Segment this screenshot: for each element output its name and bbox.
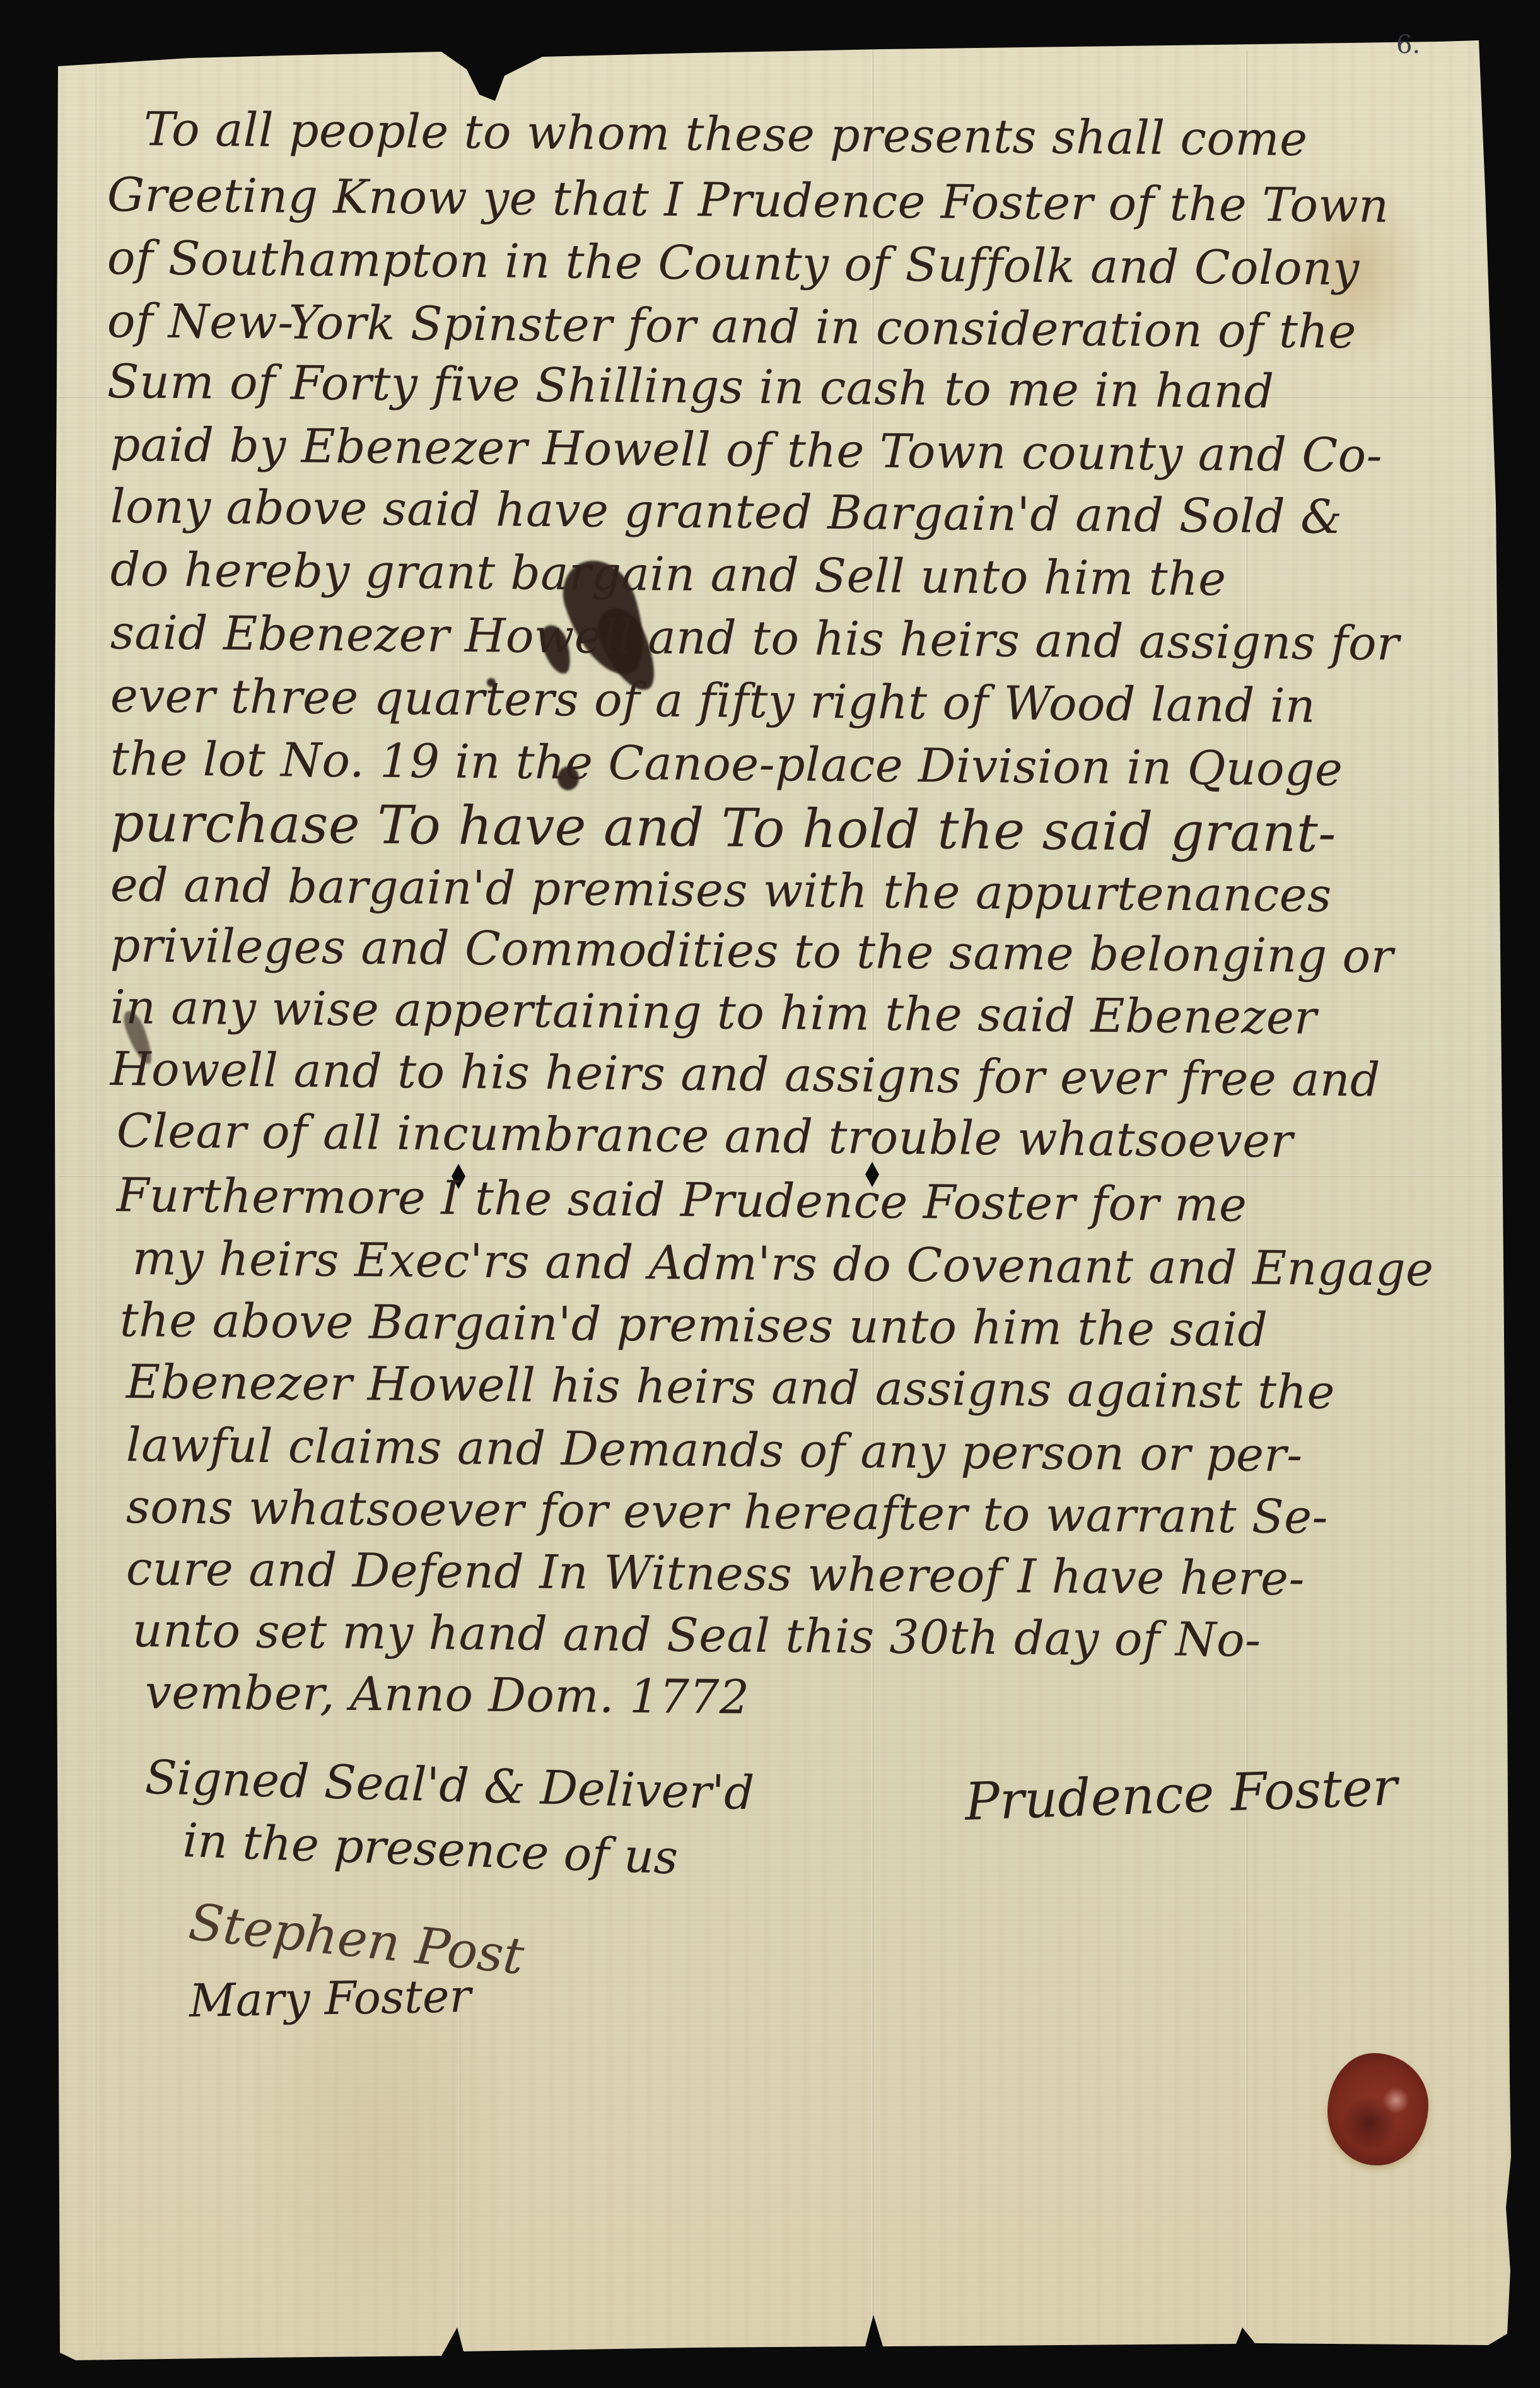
deed-line: of New-York Spinster for and in consider… bbox=[107, 298, 1464, 356]
deed-line: sons whatsoever for ever hereafter to wa… bbox=[126, 1484, 1483, 1542]
deed-line: purchase To have and To hold the said gr… bbox=[110, 796, 1467, 861]
fold-line-vertical bbox=[95, 50, 96, 2346]
deed-line: lony above said have granted Bargain'd a… bbox=[110, 483, 1467, 542]
deed-line: Ebenezer Howell his heirs and assigns ag… bbox=[126, 1359, 1483, 1417]
deed-line: of Southampton in the County of Suffolk … bbox=[107, 235, 1464, 293]
deed-line: Greeting Know ye that I Prudence Foster … bbox=[107, 172, 1464, 230]
deed-line: in any wise appertaining to him the said… bbox=[110, 984, 1467, 1043]
deed-line: ed and bargain'd premises with the appur… bbox=[110, 862, 1467, 920]
deed-line: paid by Ebenezer Howell of the Town coun… bbox=[110, 421, 1467, 480]
deed-line: Clear of all incumbrance and trouble wha… bbox=[117, 1108, 1473, 1166]
page-number: 6. bbox=[1396, 30, 1420, 59]
deed-line: To all people to whom these presents sha… bbox=[144, 106, 1500, 165]
deed-line: Howell and to his heirs and assigns for … bbox=[110, 1046, 1467, 1104]
deed-line: Sum of Forty five Shillings in cash to m… bbox=[107, 358, 1464, 417]
deed-line: my heirs Exec'rs and Adm'rs do Covenant … bbox=[132, 1235, 1489, 1294]
deed-line: lawful claims and Demands of any person … bbox=[126, 1422, 1483, 1480]
deed-line: the lot No. 19 in the Canoe-place Divisi… bbox=[110, 735, 1467, 794]
deed-line: ever three quarters of a fifty right of … bbox=[110, 672, 1467, 731]
deed-line: privileges and Commodities to the same b… bbox=[110, 922, 1467, 981]
deed-line: cure and Defend In Witness whereof I hav… bbox=[126, 1545, 1483, 1604]
witness-signature: Mary Foster bbox=[189, 1969, 471, 2027]
deed-line: said Ebenezer Howell and to his heirs an… bbox=[110, 609, 1467, 668]
